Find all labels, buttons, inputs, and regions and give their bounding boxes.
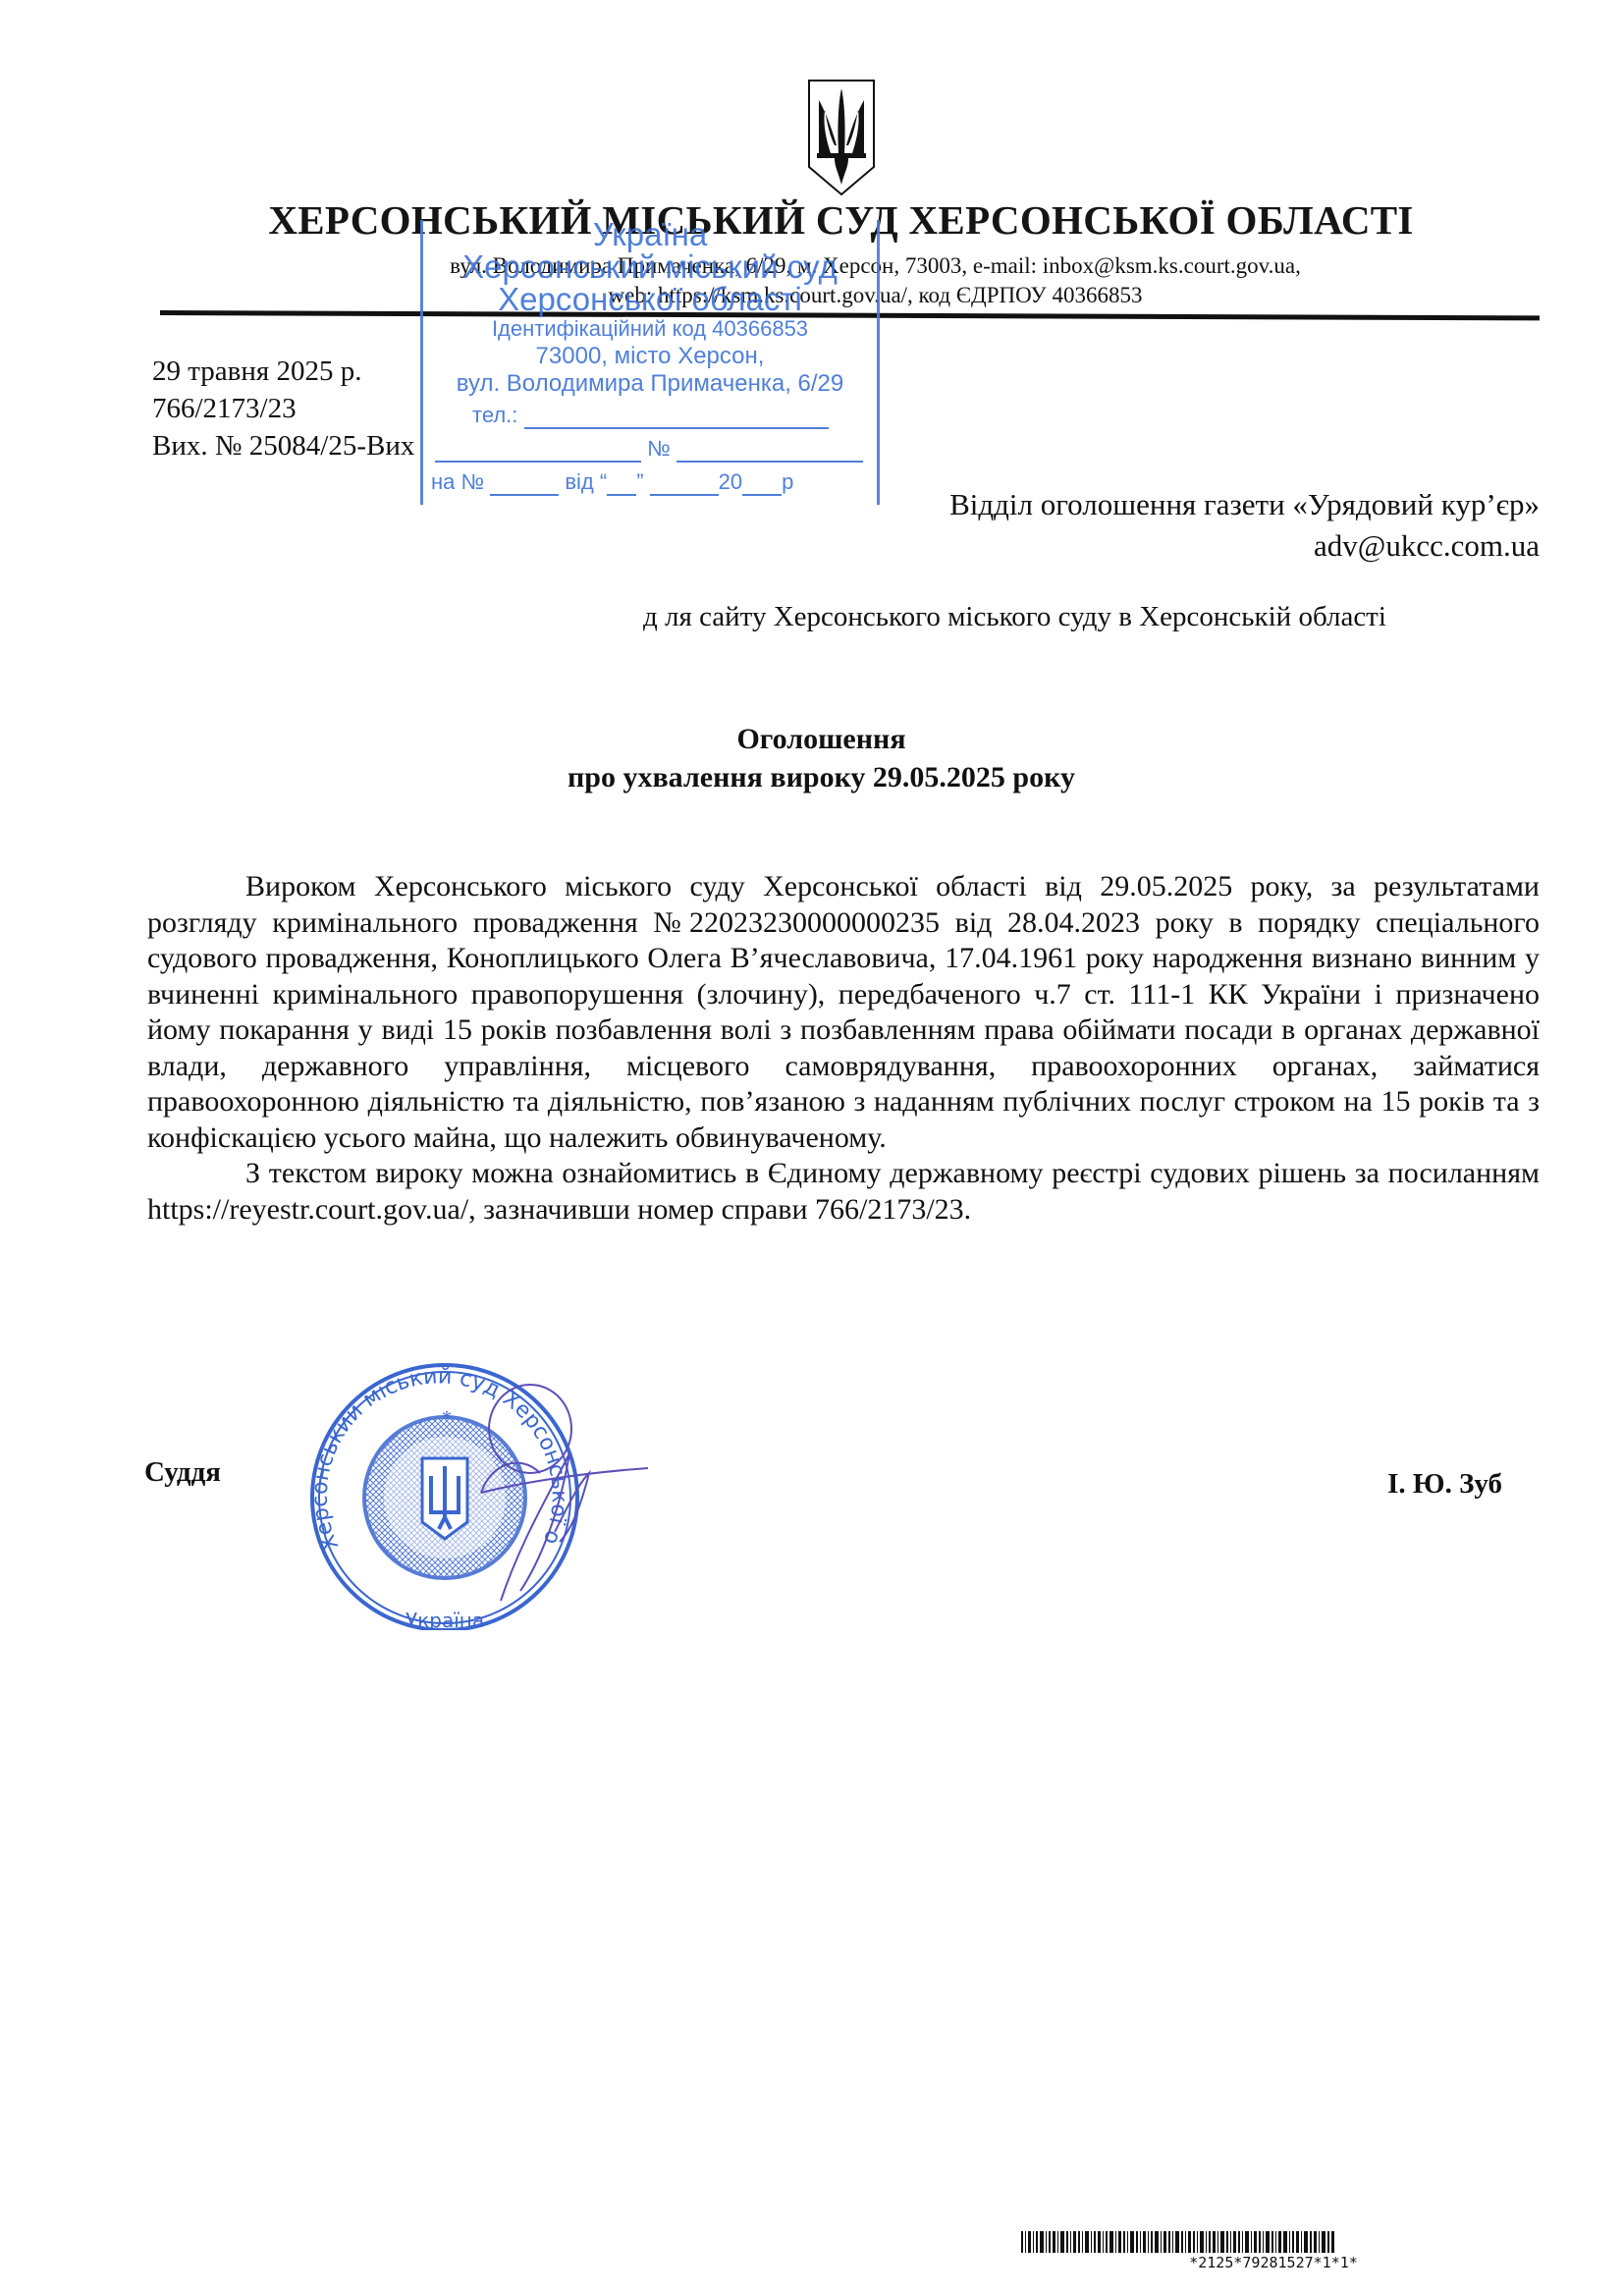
judge-role-label: Суддя: [144, 1456, 221, 1489]
barcode-number: *2125*79281527*1*1*: [1021, 2254, 1526, 2271]
stamp-ref-blank: [490, 494, 559, 496]
registration-stamp: Україна Херсонський міський суд Херсонсь…: [420, 220, 880, 505]
verdict-paragraph: Вироком Херсонського міського суду Херсо…: [147, 869, 1540, 1156]
stamp-from-label: від “: [565, 469, 607, 494]
judge-signature: [461, 1375, 648, 1611]
announcement-subtitle: про ухвалення вироку 29.05.2025 року: [0, 761, 1623, 794]
stamp-ref-label: на №: [431, 469, 484, 494]
svg-text:*: *: [442, 1407, 452, 1429]
stamp-street: вул. Володимира Примаченка, 6/29: [423, 370, 877, 398]
stamp-region: Херсонської області: [423, 283, 877, 315]
stamp-number-blank-left: [435, 461, 641, 463]
announcement-body: Вироком Херсонського міського суду Херсо…: [147, 869, 1540, 1228]
stamp-tel-row: тел.:: [423, 402, 877, 429]
stamp-tel-blank: [524, 427, 829, 429]
registry-paragraph: З текстом вироку можна ознайомитись в Єд…: [147, 1156, 1540, 1228]
case-number: 766/2173/23: [152, 393, 297, 425]
trident-coat-of-arms-icon: [805, 77, 878, 198]
stamp-number-blank-right: [676, 461, 863, 463]
stamp-court: Херсонський міський суд: [423, 250, 877, 283]
site-note: д ля сайту Херсонського міського суду в …: [643, 601, 1386, 633]
stamp-city: 73000, місто Херсон,: [423, 343, 877, 370]
recipient-email: adv@ukcc.com.ua: [1314, 528, 1540, 564]
stamp-year-suffix: р: [782, 469, 793, 494]
document-barcode: [1021, 2231, 1526, 2253]
seal-bottom-text: Україна: [406, 1609, 484, 1630]
stamp-year-blank: [742, 494, 782, 496]
stamp-ref-row: на № від “” 20р: [423, 468, 877, 496]
stamp-number-label: №: [647, 436, 671, 461]
stamp-number-row: №: [423, 435, 877, 463]
stamp-country: Україна: [423, 218, 877, 250]
judge-name: І. Ю. Зуб: [1387, 1468, 1502, 1501]
stamp-day-blank: [607, 494, 636, 496]
stamp-month-blank: [650, 494, 719, 496]
outgoing-number: Вих. № 25084/25-Вих: [152, 430, 414, 463]
announcement-title: Оголошення: [0, 723, 1623, 756]
recipient-name: Відділ оголошення газети «Урядовий кур’є…: [949, 487, 1540, 522]
stamp-from-close: ”: [636, 469, 643, 494]
stamp-tel-label: тел.:: [472, 403, 517, 427]
stamp-year-prefix: 20: [719, 469, 742, 494]
stamp-id-code: Ідентифікаційний код 40366853: [423, 315, 877, 343]
document-date: 29 травня 2025 р.: [152, 355, 361, 388]
